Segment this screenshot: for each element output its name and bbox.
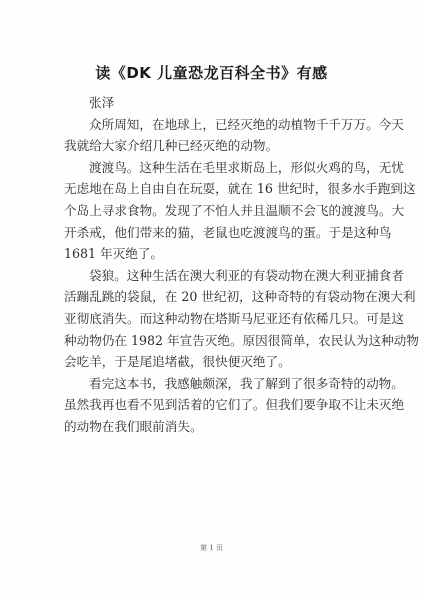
document-title: 读《DK 儿童恐龙百科全书》有感 — [0, 62, 423, 83]
text-line: 虽然我再也看不见到活着的它们了。但我们要争取不让未灭绝 — [64, 394, 364, 416]
page-number: 第 1 页 — [0, 543, 423, 553]
text-line: 的动物在我们眼前消失。 — [64, 416, 364, 438]
text-line: 看完这本书，我感触颇深，我了解到了很多奇特的动物。 — [64, 373, 364, 395]
text-line: 亚彻底消失。而这种动物在塔斯马尼亚还有依稀几只。可是这 — [64, 308, 364, 330]
text-line: 渡渡鸟。这种生活在毛里求斯岛上，形似火鸡的鸟，无忧 — [64, 157, 364, 179]
document-page: 读《DK 儿童恐龙百科全书》有感 张泽 众所周知，在地球上，已经灭绝的动植物千千… — [0, 0, 423, 600]
text-line: 我就给大家介绍几种已经灭绝的动物。 — [64, 135, 364, 157]
text-line: 袋狼。这种生活在澳大利亚的有袋动物在澳大利亚捕食者 — [64, 265, 364, 287]
text-line: 无虑地在岛上自由自在玩耍，就在 16 世纪时，很多水手跑到这 — [64, 178, 364, 200]
author-name: 张泽 — [64, 92, 364, 114]
text-line: 个岛上寻求食物。发现了不怕人并且温顺不会飞的渡渡鸟。大 — [64, 200, 364, 222]
text-line: 开杀戒，他们带来的猫，老鼠也吃渡渡鸟的蛋。于是这种鸟 — [64, 222, 364, 244]
document-body: 张泽 众所周知，在地球上，已经灭绝的动植物千千万万。今天 我就给大家介绍几种已经… — [64, 92, 364, 438]
text-line: 1681 年灭绝了。 — [64, 243, 364, 265]
text-line: 会吃羊，于是尾追堵截，很快便灭绝了。 — [64, 351, 364, 373]
text-line: 活蹦乱跳的袋鼠，在 20 世纪初，这种奇特的有袋动物在澳大利 — [64, 286, 364, 308]
text-line: 种动物仍在 1982 年宣告灭绝。原因很简单，农民认为这种动物 — [64, 330, 364, 352]
text-line: 众所周知，在地球上，已经灭绝的动植物千千万万。今天 — [64, 114, 364, 136]
